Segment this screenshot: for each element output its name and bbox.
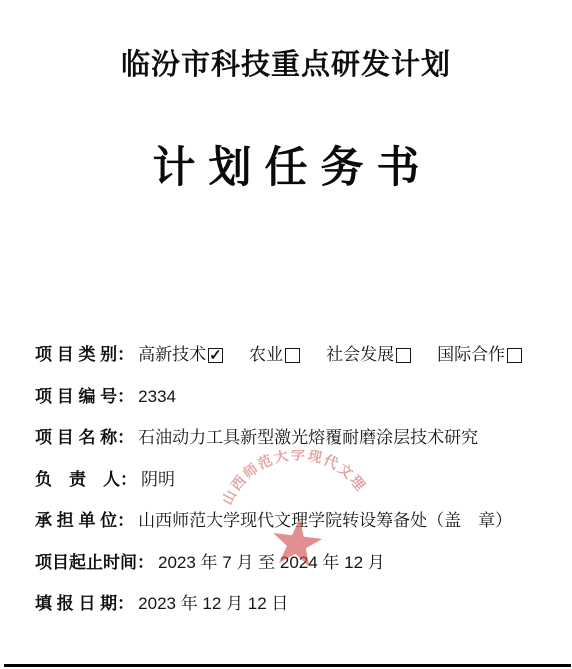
category-option: 社会发展 bbox=[326, 343, 411, 367]
category-options: 高新技术 农业 社会发展 国际合作 bbox=[138, 343, 522, 367]
doc-title: 计划任务书 bbox=[0, 134, 572, 195]
undertaking-unit-label: 承 担 单 位： bbox=[35, 509, 134, 533]
leader-value: 阴明 bbox=[141, 468, 175, 492]
checkbox-icon bbox=[208, 348, 223, 363]
document-page: 临汾市科技重点研发计划 计划任务书 项 目 类 别： 高新技术 农业 社会发展 bbox=[0, 0, 572, 669]
program-title: 临汾市科技重点研发计划 bbox=[0, 42, 572, 83]
option-label: 农业 bbox=[249, 343, 283, 367]
category-option: 农业 bbox=[249, 343, 300, 367]
category-option: 高新技术 bbox=[138, 343, 223, 367]
checkbox-icon bbox=[507, 348, 522, 363]
checkbox-icon bbox=[285, 348, 300, 363]
category-option: 国际合作 bbox=[437, 343, 522, 367]
form-row-project-period: 项目起止时间： 2023 年 7 月 至 2024 年 12 月 bbox=[35, 551, 555, 575]
project-period-value: 2023 年 7 月 至 2024 年 12 月 bbox=[158, 551, 385, 575]
form-row-project-number: 项 目 编 号： 2334 bbox=[35, 385, 555, 409]
form-row-project-name: 项 目 名 称： 石油动力工具新型激光熔覆耐磨涂层技术研究 bbox=[35, 426, 555, 450]
page-bottom-border bbox=[4, 664, 571, 667]
cover-form: 项 目 类 别： 高新技术 农业 社会发展 国际合作 bbox=[35, 343, 555, 634]
form-row-category: 项 目 类 别： 高新技术 农业 社会发展 国际合作 bbox=[35, 343, 555, 367]
project-number-label: 项 目 编 号： bbox=[35, 385, 134, 409]
fill-date-value: 2023 年 12 月 12 日 bbox=[138, 592, 288, 616]
checkbox-icon bbox=[396, 348, 411, 363]
form-row-fill-date: 填 报 日 期： 2023 年 12 月 12 日 bbox=[35, 592, 555, 616]
project-period-label: 项目起止时间： bbox=[35, 551, 154, 575]
project-name-label: 项 目 名 称： bbox=[35, 426, 134, 450]
project-name-value: 石油动力工具新型激光熔覆耐磨涂层技术研究 bbox=[138, 426, 478, 450]
fill-date-label: 填 报 日 期： bbox=[35, 592, 134, 616]
option-label: 高新技术 bbox=[138, 343, 206, 367]
option-label: 社会发展 bbox=[326, 343, 394, 367]
category-label: 项 目 类 别： bbox=[35, 343, 134, 367]
leader-label: 负 责 人： bbox=[35, 468, 137, 492]
form-row-leader: 负 责 人： 阴明 bbox=[35, 468, 555, 492]
project-number-value: 2334 bbox=[138, 385, 176, 409]
option-label: 国际合作 bbox=[437, 343, 505, 367]
form-row-undertaking-unit: 承 担 单 位： 山西师范大学现代文理学院转设筹备处（盖 章） bbox=[35, 509, 555, 533]
undertaking-unit-value: 山西师范大学现代文理学院转设筹备处（盖 章） bbox=[138, 509, 512, 533]
